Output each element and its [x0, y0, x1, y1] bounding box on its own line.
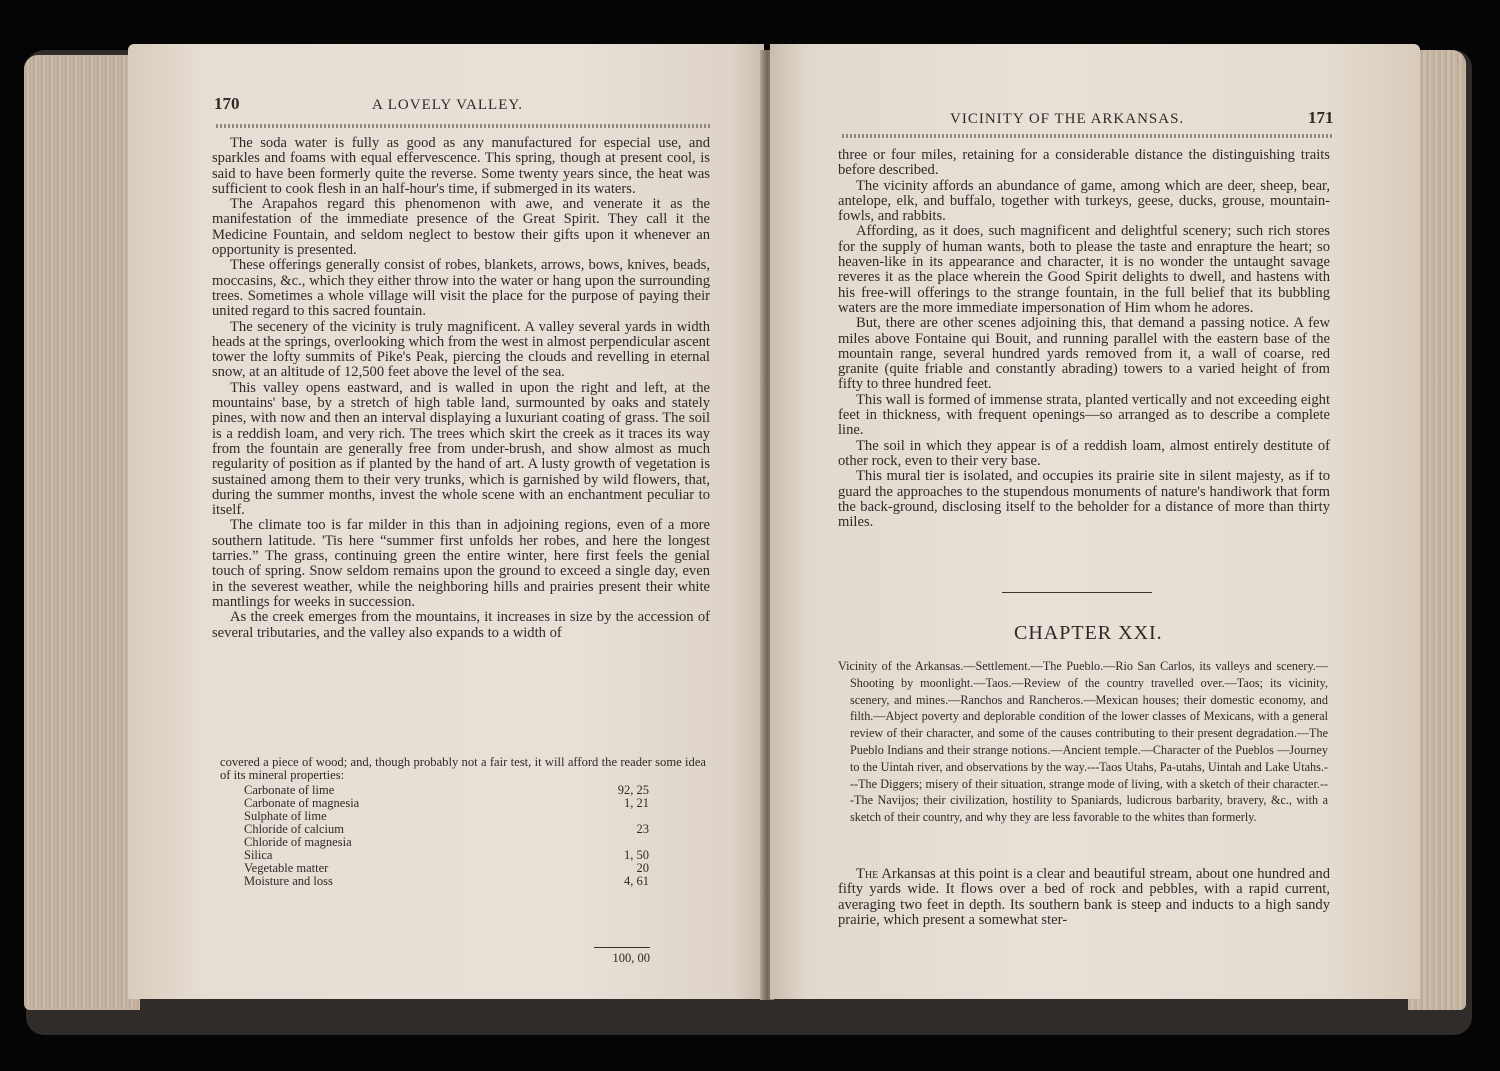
footnote: covered a piece of wood; and, though pro… [220, 756, 706, 783]
body-text: The soda water is fully as good as any m… [212, 136, 710, 641]
paragraph: The secenery of the vicinity is truly ma… [212, 320, 710, 381]
paragraph: As the creek emerges from the mountains,… [212, 610, 710, 641]
mineral-total: 100, 00 [590, 952, 650, 965]
body-text: three or four miles, retaining for a con… [838, 148, 1330, 530]
paragraph: The Arapahos regard this phenomenon with… [212, 197, 710, 258]
total-rule [594, 947, 650, 948]
running-head: A LOVELY VALLEY. [372, 97, 523, 114]
chapter-title: CHAPTER XXI. [1014, 622, 1163, 645]
paragraph: The soil in which they appear is of a re… [838, 439, 1330, 470]
mineral-table: Carbonate of lime92, 25 Carbonate of mag… [244, 784, 649, 888]
header-rule [216, 124, 710, 128]
paragraph: These offerings generally consist of rob… [212, 258, 710, 319]
table-row: Moisture and loss4, 61 [244, 875, 649, 888]
paragraph: This valley opens eastward, and is walle… [212, 381, 710, 519]
left-page: 170 A LOVELY VALLEY. The soda water is f… [128, 44, 764, 999]
paragraph: The soda water is fully as good as any m… [212, 136, 710, 197]
paragraph: This mural tier is isolated, and occupie… [838, 469, 1330, 530]
page-number: 170 [214, 94, 240, 114]
section-divider [1002, 592, 1152, 593]
opening-smallcaps: The [856, 866, 878, 882]
header-rule [842, 134, 1332, 138]
chapter-synopsis: Vicinity of the Arkansas.—Settlement.—Th… [838, 658, 1328, 826]
table-row: Chloride of magnesia [244, 836, 649, 849]
running-head: VICINITY OF THE ARKANSAS. [950, 111, 1184, 128]
page-edges-left [24, 55, 140, 1010]
paragraph: three or four miles, retaining for a con… [838, 148, 1330, 179]
paragraph: This wall is formed of immense strata, p… [838, 393, 1330, 439]
paragraph: Affording, as it does, such magnificent … [838, 224, 1330, 316]
chapter-opening: The Arkansas at this point is a clear an… [838, 867, 1330, 928]
paragraph: The vicinity affords an abundance of gam… [838, 179, 1330, 225]
paragraph: The climate too is far milder in this th… [212, 518, 710, 610]
paragraph: But, there are other scenes adjoining th… [838, 316, 1330, 392]
footnote-intro: covered a piece of wood; and, though pro… [220, 756, 706, 783]
right-page: VICINITY OF THE ARKANSAS. 171 three or f… [770, 44, 1420, 999]
opening-text: Arkansas at this point is a clear and be… [838, 866, 1330, 928]
page-number: 171 [1308, 108, 1334, 128]
